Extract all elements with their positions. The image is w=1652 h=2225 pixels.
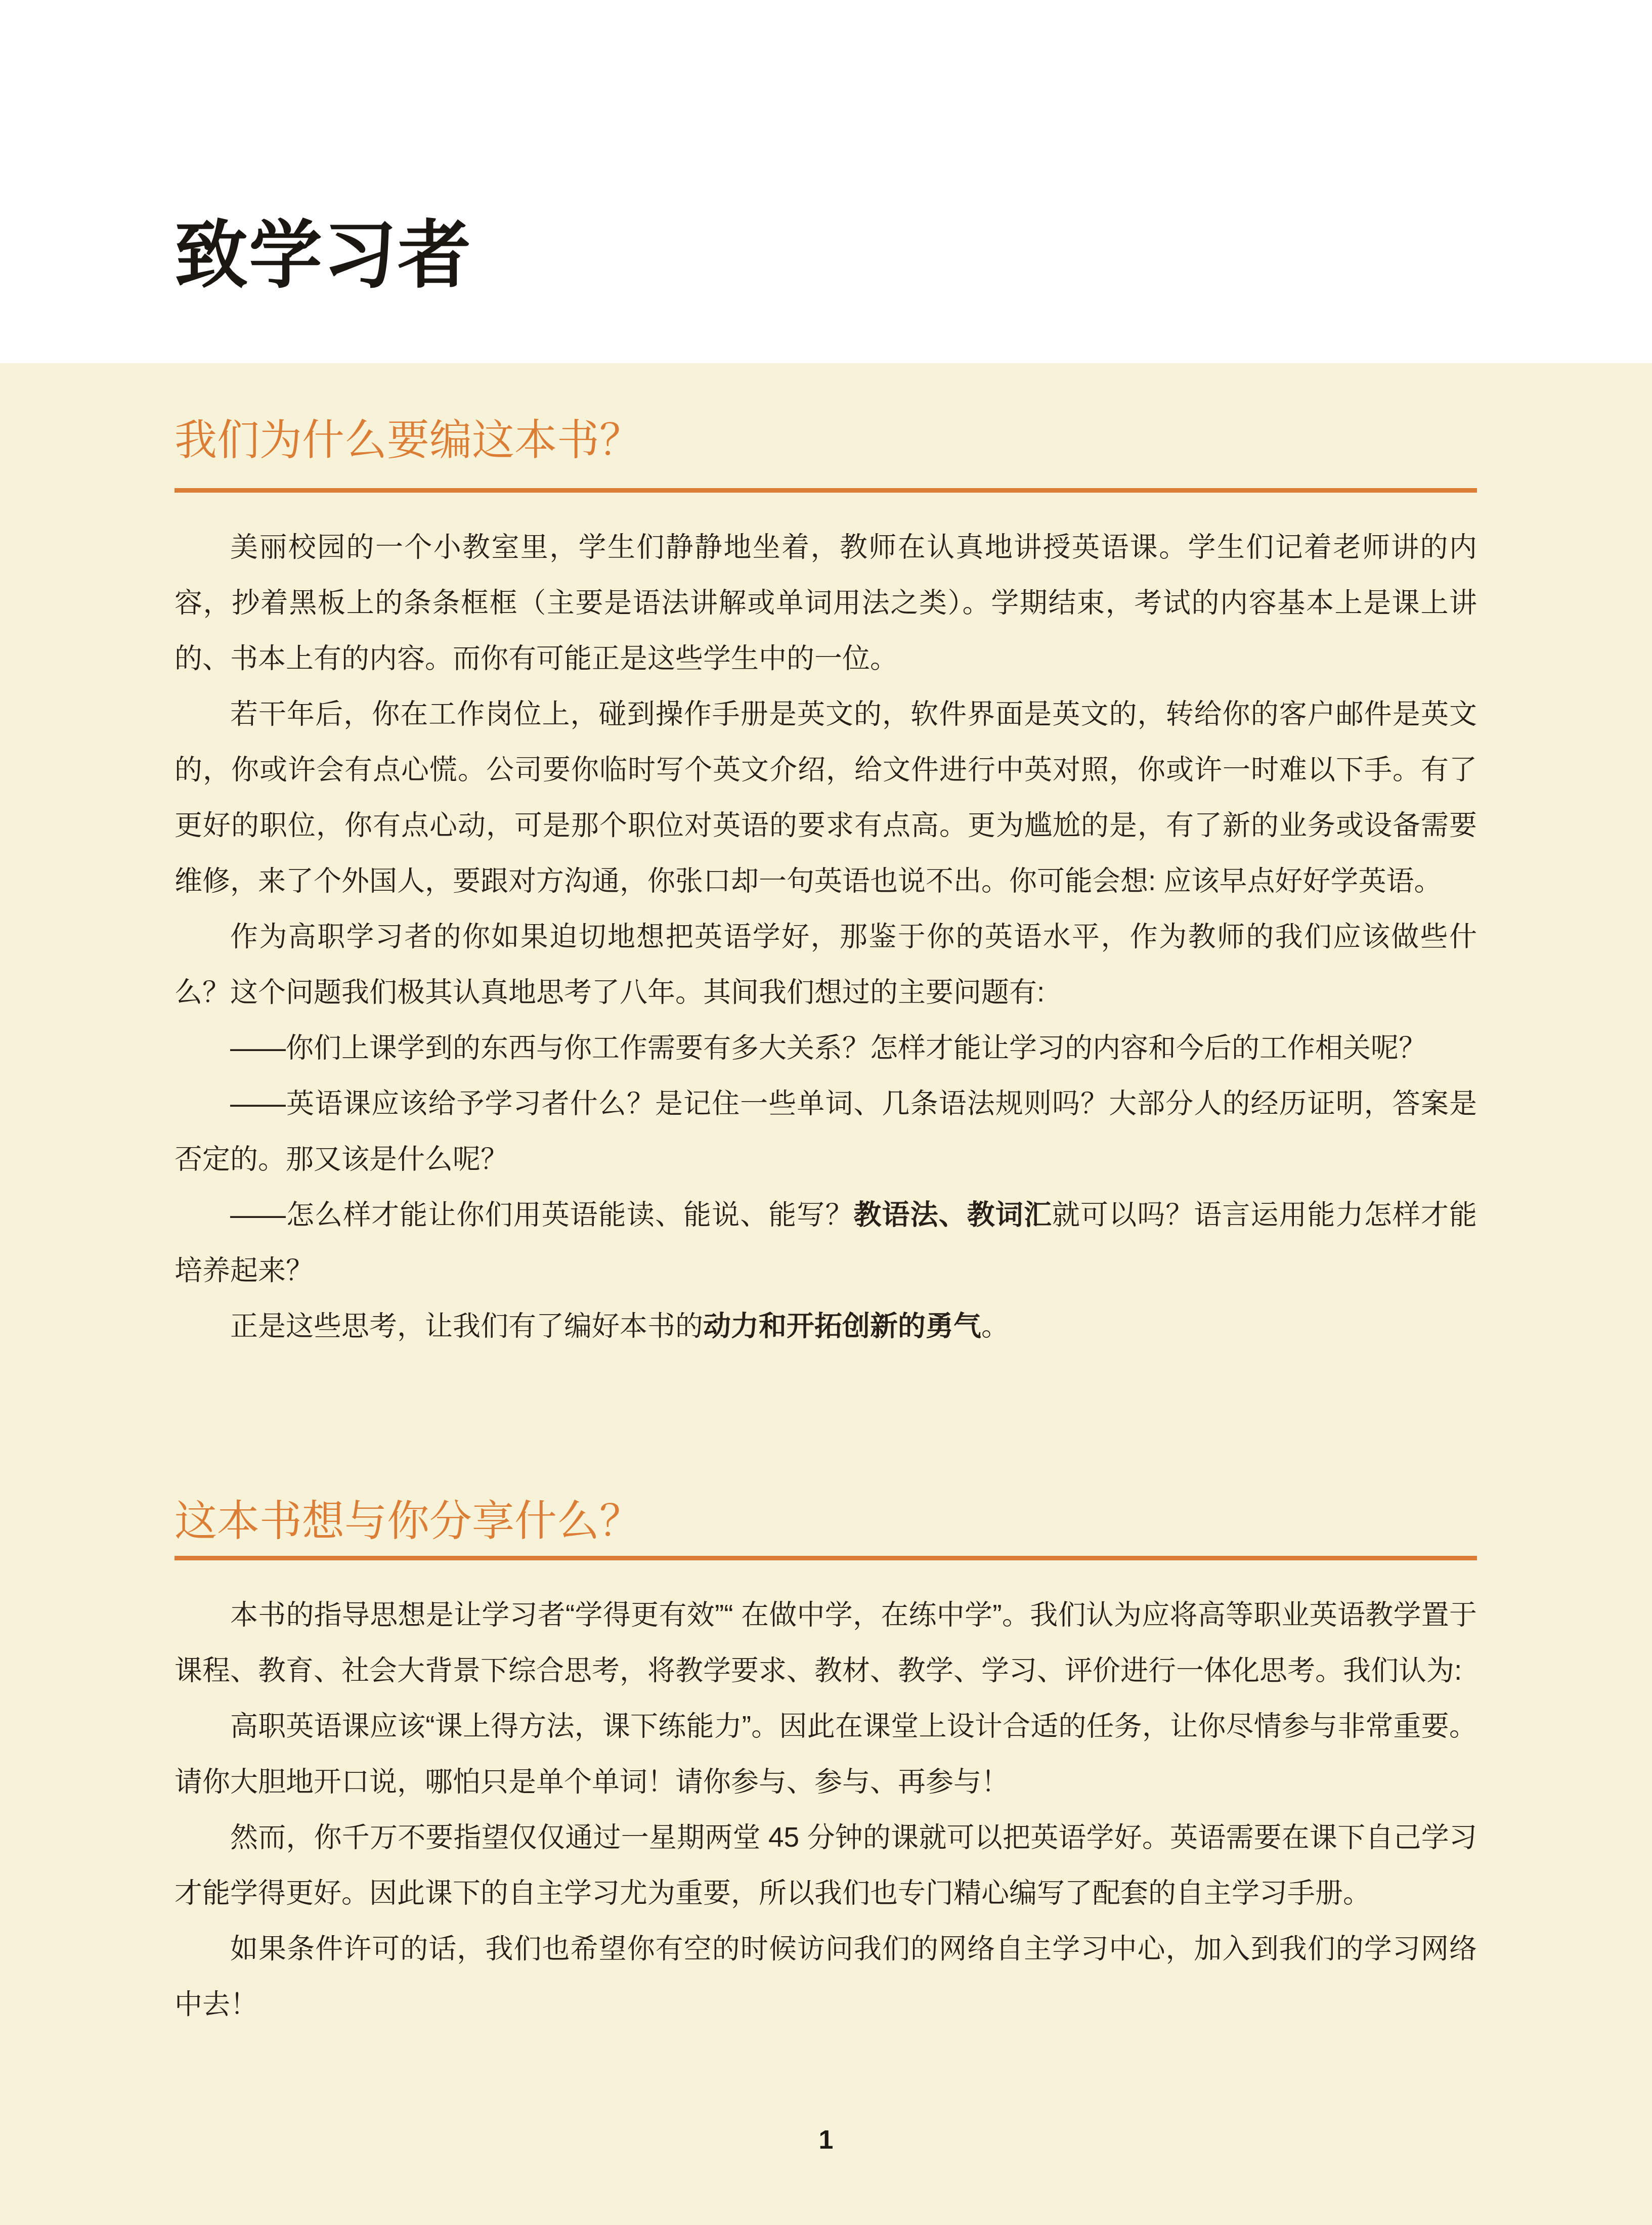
paragraph: 然而，你千万不要指望仅仅通过一星期两堂 45 分钟的课就可以把英语学好。英语需要… xyxy=(175,1809,1477,1921)
paragraph: 美丽校园的一个小教室里，学生们静静地坐着，教师在认真地讲授英语课。学生们记着老师… xyxy=(175,519,1477,686)
section-heading: 我们为什么要编这本书？ xyxy=(175,419,1477,461)
page-header-band: 致学习者 xyxy=(0,0,1652,363)
paragraph: 作为高职学习者的你如果迫切地想把英语学好，那鉴于你的英语水平，作为教师的我们应该… xyxy=(175,908,1477,1020)
paragraph: 如果条件许可的话，我们也希望你有空的时候访问我们的网络自主学习中心，加入到我们的… xyxy=(175,1921,1477,2032)
heading-rule xyxy=(175,488,1477,493)
page-number: 1 xyxy=(0,2127,1652,2153)
paragraph-segment: ——怎么样才能让你们用英语能读、能说、能写？ xyxy=(230,1199,853,1230)
paragraph-dash-item: ——英语课应该给予学习者什么？是记住一些单词、几条语法规则吗？大部分人的经历证明… xyxy=(175,1075,1477,1187)
paragraph: 本书的指导思想是让学习者“学得更有效”“ 在做中学，在练中学”。我们认为应将高等… xyxy=(175,1587,1477,1698)
paragraph-segment: 。 xyxy=(981,1310,1009,1341)
paragraph-segment: 正是这些思考，让我们有了编好本书的 xyxy=(230,1310,703,1341)
paragraph-bold-segment: 动力和开拓创新的勇气 xyxy=(703,1310,981,1341)
page-title: 致学习者 xyxy=(175,219,472,292)
section-body: 美丽校园的一个小教室里，学生们静静地坐着，教师在认真地讲授英语课。学生们记着老师… xyxy=(175,519,1477,1354)
paragraph: 高职英语课应该“课上得方法，课下练能力”。因此在课堂上设计合适的任务，让你尽情参… xyxy=(175,1698,1477,1809)
section-why-this-book: 我们为什么要编这本书？ 美丽校园的一个小教室里，学生们静静地坐着，教师在认真地讲… xyxy=(175,419,1477,1354)
paragraph: 若干年后，你在工作岗位上，碰到操作手册是英文的，软件界面是英文的，转给你的客户邮… xyxy=(175,686,1477,908)
paragraph-bold-segment: 教语法、教词汇 xyxy=(853,1199,1052,1230)
section-heading: 这本书想与你分享什么？ xyxy=(175,1500,1477,1542)
paragraph: 正是这些思考，让我们有了编好本书的动力和开拓创新的勇气。 xyxy=(175,1298,1477,1354)
section-body: 本书的指导思想是让学习者“学得更有效”“ 在做中学，在练中学”。我们认为应将高等… xyxy=(175,1587,1477,2032)
heading-rule xyxy=(175,1556,1477,1560)
paragraph-dash-item: ——你们上课学到的东西与你工作需要有多大关系？怎样才能让学习的内容和今后的工作相… xyxy=(175,1020,1477,1075)
book-page: 致学习者 我们为什么要编这本书？ 美丽校园的一个小教室里，学生们静静地坐着，教师… xyxy=(0,0,1652,2225)
section-what-to-share: 这本书想与你分享什么？ 本书的指导思想是让学习者“学得更有效”“ 在做中学，在练… xyxy=(175,1500,1477,2032)
paragraph-dash-item: ——怎么样才能让你们用英语能读、能说、能写？教语法、教词汇就可以吗？语言运用能力… xyxy=(175,1187,1477,1298)
